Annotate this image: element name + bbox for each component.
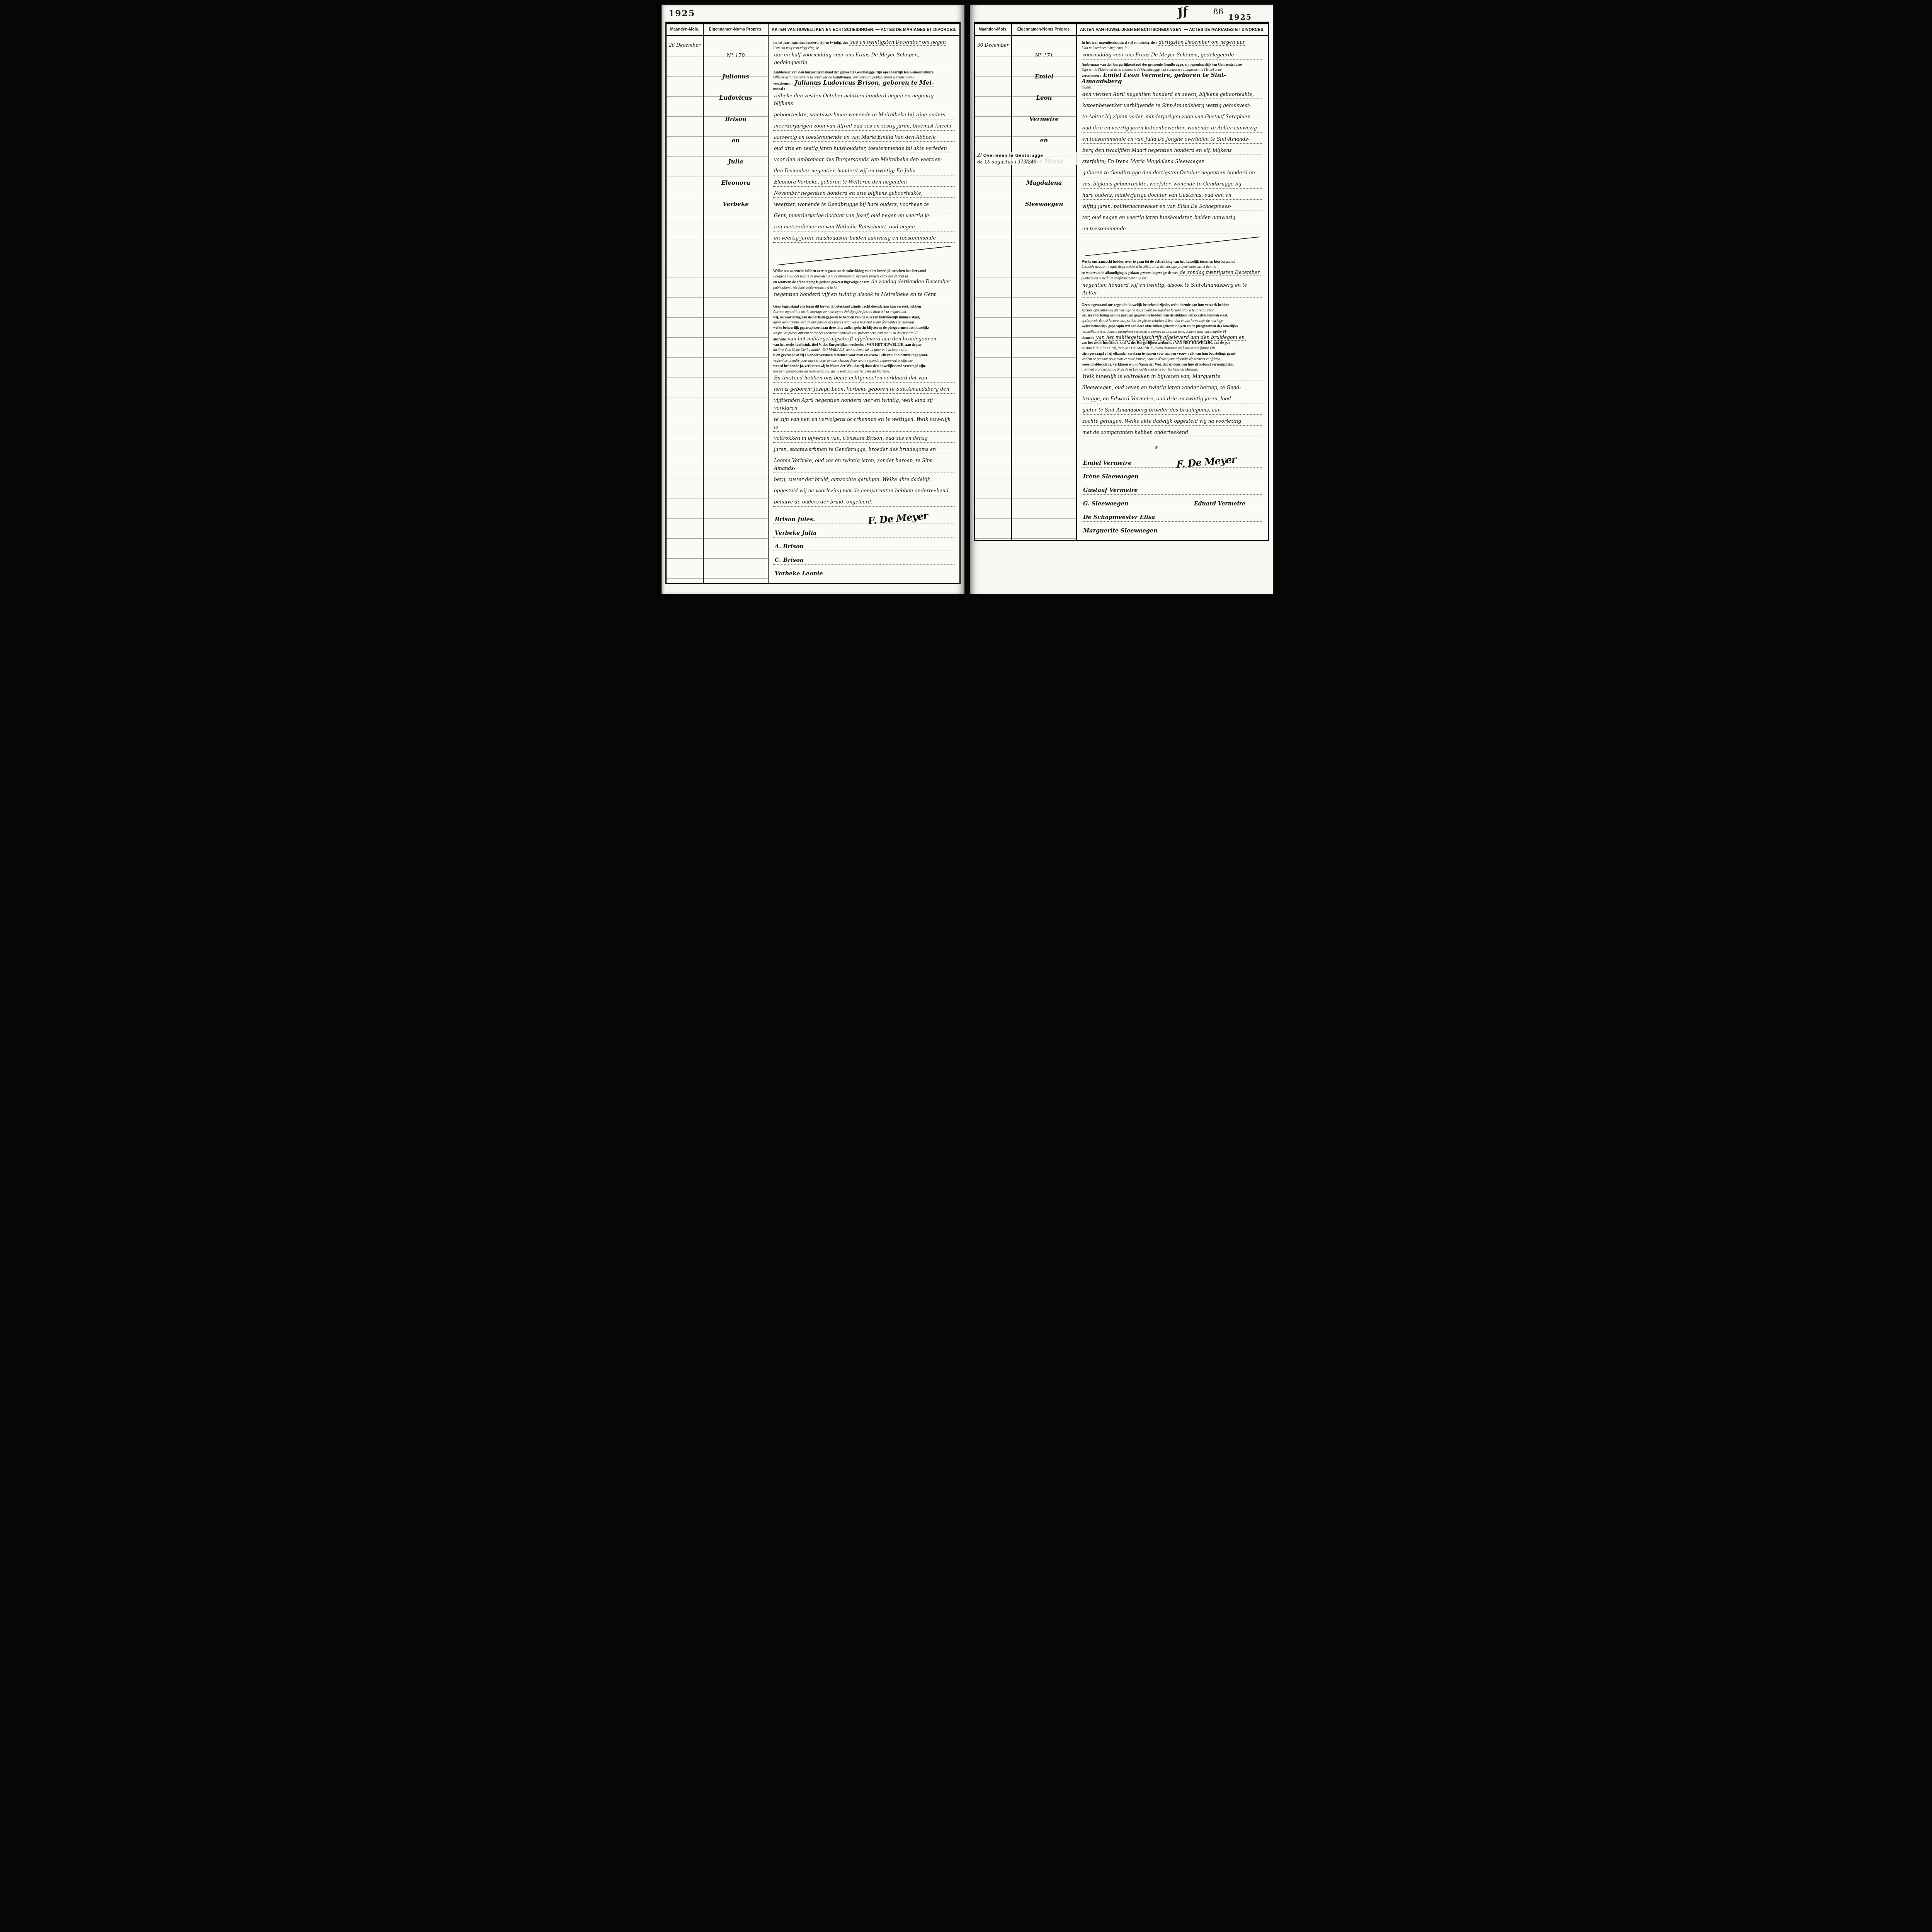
printed-line-dutch: In het jaar negentienhonderd vijf en twi… — [773, 39, 955, 46]
printed-line-dutch: In het jaar negentienhonderd vijf en twi… — [1082, 39, 1263, 46]
handwritten-line: te zijn van hen en vervolgens te erkenne… — [773, 415, 955, 432]
handwritten-line: jaren, staatswerkman te Gendbrugge, broe… — [773, 446, 955, 454]
handwritten-line: uur en half voormiddag voor ons Frans De… — [773, 51, 955, 67]
printed-line-dutch: munal : — [773, 87, 955, 92]
printed-line-dutch: Ambtenaar van den burgerlijkenstand der … — [1082, 62, 1263, 68]
printed-line-dutch: Geen tegenstand ons tegen dit huwelijk b… — [773, 304, 955, 310]
handwritten-insert: van het militiegetuigschrift afgeleverd … — [1095, 334, 1246, 341]
spacer — [1082, 440, 1263, 445]
handwritten-insert: van het militiegetuigschrift afgeleverd … — [787, 336, 938, 342]
entry-name-line: Ludovicus — [705, 81, 767, 102]
entry-name-line: Emiel — [1013, 60, 1075, 81]
handwritten-line: relbeke den zesden October achttien hond… — [773, 92, 955, 108]
handwritten-line: November negentien honderd en drie blijk… — [773, 189, 955, 198]
printed-line-french: Lesquels nous ont requis de procéder à l… — [1082, 264, 1263, 270]
printed-line-dutch: tijen gevraagd of zij elkander verstaan … — [773, 353, 955, 358]
printed-line-dutch: van het zesde hoofdstuk, titel V, des Bu… — [773, 342, 955, 348]
signature: Verbeke Leonie — [773, 570, 823, 578]
death-date-handwritten: augustus 1973/246 — [992, 159, 1036, 165]
entry-date-left: 26 December — [668, 39, 702, 48]
printed-line-dutch: welke behoorlijk geparapheerd aan deze a… — [773, 325, 955, 331]
clerk-paraph: Jf — [1176, 5, 1189, 20]
death-annotation: 2/ Overleden te Gentbrugge de 13 augustu… — [977, 152, 1077, 165]
handwritten-insert: de zondag dertienden December — [870, 279, 951, 285]
printed-line-dutch: alsmede van het militiegetuigschrift afg… — [1082, 335, 1263, 341]
handwritten-line: gieter te Sint-Amandsberg broeder des br… — [1082, 406, 1263, 415]
handwritten-line: hare ouders, minderjarige dochter van Gu… — [1082, 191, 1263, 200]
death-stamp-date-prefix: de 13 — [977, 160, 990, 165]
handwritten-line: geboren te Gendbrugge den dertigsten Oct… — [1082, 169, 1263, 177]
printed-line-french: tivement prononçons au Nom de la Loi, qu… — [1082, 367, 1263, 372]
handwritten-line: hen is geboren: Joseph Leon, Verbeke geb… — [773, 385, 955, 394]
handwritten-line: negentien honderd vijf en twintig alsook… — [773, 291, 955, 299]
signature-row: Emiel VermeireF. De Meyer — [1082, 454, 1263, 468]
signature-row: Verbeke Julia — [773, 524, 955, 537]
page-corner-right: Jf 86 1925 — [974, 6, 1269, 22]
handwritten-line: en veertig jaren, huishoudster beiden aa… — [773, 234, 955, 243]
column-header-month: Maanden-Mois. — [975, 24, 1012, 35]
handwritten-line: met de comparanten hebben onderteekend. — [1082, 429, 1263, 437]
year-label-left: 1925 — [668, 9, 695, 19]
table-body-left: 26 December N° 170JulianusLudovicusBriso… — [667, 36, 959, 583]
printed-line-french: Aucune opposition au dit mariage ne nous… — [1082, 308, 1263, 313]
entry-name-line: en — [705, 124, 767, 145]
names-column-left: N° 170JulianusLudovicusBrisonenJuliaEleo… — [704, 36, 769, 583]
printed-line-dutch: Ambtenaar van den burgerlijkenstand der … — [773, 70, 955, 75]
printed-line-dutch: en waarvan de afkondiging is gedaan gewe… — [1082, 270, 1263, 276]
entry-name-line: Leon — [1013, 81, 1075, 102]
printed-line-french: lesquelles pièces dûment paraphées reste… — [773, 331, 955, 336]
entry-name-line: Julianus — [705, 60, 767, 81]
handwritten-line: sterfakte; En Irena Maria Magdalena Slee… — [1082, 158, 1263, 166]
signatures-left: Brison Jules.F. De MeyerVerbeke JuliaA. … — [773, 510, 955, 578]
page-number: 86 — [1213, 7, 1223, 16]
annotation-reference-mark: 2/ — [977, 153, 982, 158]
act-column-right: In het jaar negentienhonderd vijf en twi… — [1077, 36, 1268, 540]
entry-name-line: Brison — [705, 102, 767, 124]
handwritten-insert: Emiel Leon Vermeire, geboren te Sint-Ama… — [1082, 71, 1226, 85]
printed-line-french: après avoir donné lecture aux parties de… — [773, 320, 955, 325]
table-header-right: Maanden-Mois. Eigennamen-Noms Propres. A… — [975, 24, 1268, 36]
column-header-names: Eigennamen-Noms Propres. — [1012, 24, 1077, 35]
handwritten-line: voor den Ambtenaar des Burgerstands van … — [773, 156, 955, 164]
printed-line-french: tivement prononçons au Nom de la Loi, qu… — [773, 369, 955, 374]
handwritten-line: opgesteld wij na voorlezing met de compa… — [773, 487, 955, 495]
page-corner-left: 1925 — [665, 6, 961, 22]
handwritten-line: Welk huwelijk is voltrokken in bijwezen … — [1082, 372, 1263, 381]
entry-date-right: 30 December — [976, 39, 1010, 48]
handwritten-line: En terstond hebben ons beide echtgenoote… — [773, 374, 955, 383]
act-column-left: In het jaar negentienhonderd vijf en twi… — [769, 36, 959, 583]
handwritten-line: geboorteakte, staatswerkman wonende te M… — [773, 111, 955, 119]
names-column-right: N° 171EmielLeonVermeireenIrena MariaMagd… — [1012, 36, 1077, 540]
printed-line-dutch: Welke ons aanzocht hebben over te gaan t… — [773, 269, 955, 274]
handwritten-line: brugge, en Edward Vermeire, oud drie en … — [1082, 395, 1263, 403]
handwritten-line: katoenbewerker verblijvende te Sint-Aman… — [1082, 102, 1263, 110]
signature-row: Gustaaf Vermeire — [1082, 481, 1263, 495]
printed-line-dutch: van het zesde hoofdstuk, titel V, des Bu… — [1082, 340, 1263, 346]
printed-line-french: lesquelles pièces dûment paraphées reste… — [1082, 329, 1263, 335]
handwritten-line: den vierden April negentien honderd en z… — [1082, 90, 1263, 99]
printed-line-french: publication à été faite conformément à l… — [773, 285, 955, 291]
void-strike-line — [1082, 236, 1263, 256]
printed-line-french: après avoir donné lecture aux parties de… — [1082, 318, 1263, 324]
death-stamp-text: Overleden te Gentbrugge — [983, 153, 1043, 158]
table-header-left: Maanden-Mois. Eigennamen-Noms Propres. A… — [667, 24, 959, 36]
signature-row: Verbeke Leonie — [773, 565, 955, 578]
year-label-right: 1925 — [1228, 13, 1252, 22]
signature: Emiel Vermeire — [1082, 460, 1131, 467]
handwritten-line: oud drie en veertig jaren katoenbewerker… — [1082, 124, 1263, 133]
printed-line-dutch: welke behoorlijk geparapheerd aan deze a… — [1082, 324, 1263, 329]
printed-line-dutch: wij, na voorlezing aan de partijen gegev… — [1082, 313, 1263, 318]
signature-row: Brison Jules.F. De Meyer — [773, 510, 955, 524]
signature-row: A. Brison — [773, 537, 955, 551]
handwritten-line: Gent, meerderjarige dochter van Jozef, o… — [773, 212, 955, 220]
column-header-acts: AKTEN VAN HUWELIJKEN EN ECHTSCHEIDINGEN.… — [769, 24, 959, 35]
signature: C. Brison — [773, 557, 804, 564]
signature: De Schapmeester Elisa — [1082, 514, 1155, 521]
handwritten-line: zochte getuigen. Welke akte dadelijk opg… — [1082, 417, 1263, 426]
handwritten-line: Eleonora Verbeke, geboren te Welteren de… — [773, 178, 955, 187]
printed-line-dutch: Welke ons aanzocht hebben over te gaan t… — [1082, 259, 1263, 265]
printed-line-french: du titre V du Code Civil, intitulé : DU … — [1082, 346, 1263, 351]
printed-line-dutch: tijen gevraagd of zij elkander verstaan … — [1082, 351, 1263, 357]
handwritten-line: en toestemmende — [1082, 225, 1263, 233]
signature: Irène Sleewaegen — [1082, 473, 1139, 481]
printed-line-french: Lesquels nous ont requis de procéder à l… — [773, 274, 955, 279]
signature-row: C. Brison — [773, 551, 955, 565]
handwritten-line: te Aelter bij zijnen vader, minderjarige… — [1082, 113, 1263, 121]
page-left: 1925 Maanden-Mois. Eigennamen-Noms Propr… — [657, 5, 964, 594]
handwritten-line: berg, zuster der bruid, aanzochte getuig… — [773, 476, 955, 484]
printed-line-dutch: munal : — [1082, 85, 1263, 90]
entry-name-line: N° 170 — [705, 39, 767, 60]
entry-name-line: Eleonora — [705, 166, 767, 187]
entry-name-line: Sleewaegen — [1013, 187, 1075, 209]
handwritten-line: ter, oud negen en veertig jaren huishoud… — [1082, 214, 1263, 222]
printed-line-dutch: verschenen : Julianus Ludovicus Brison, … — [773, 80, 955, 87]
handwritten-line: voormiddag voor ons Frans De Meyer Schep… — [1082, 51, 1263, 60]
printed-line-french: du titre V du Code Civil, intitulé : DU … — [773, 347, 955, 353]
signature: Eduard Vermeire — [1194, 501, 1263, 508]
signature-row: Irène Sleewaegen — [1082, 468, 1263, 481]
month-column-left: 26 December — [667, 36, 704, 583]
page-right: Jf 86 1925 Maanden-Mois. Eigennamen-Noms… — [970, 5, 1275, 594]
handwritten-line: berg den twaalfden Maart negentien honde… — [1082, 146, 1263, 155]
handwritten-insert: zes en twintigsten December om negen — [849, 39, 947, 46]
printed-line-french: publication à été faite conformément à l… — [1082, 276, 1263, 281]
entry-name-line: Magdalena — [1013, 166, 1075, 187]
printed-line-dutch: verschenen : Emiel Leon Vermeire, gebore… — [1082, 73, 1263, 85]
printed-line-french: Aucune opposition au dit mariage ne nous… — [773, 310, 955, 315]
printed-line-french: veulent se prendre pour mari et pour fem… — [1082, 357, 1263, 362]
signature-row: G. SleewaegenEduard Vermeire — [1082, 495, 1263, 508]
act-text-right: In het jaar negentienhonderd vijf en twi… — [1082, 39, 1263, 450]
handwritten-line: zes, blijkens geboorteakte, weefster, wo… — [1082, 180, 1263, 189]
handwritten-line: voltrokken in bijwezen van, Constant Bri… — [773, 434, 955, 443]
handwritten-line: den December negentien honderd vijf en t… — [773, 167, 955, 175]
handwritten-line: ren metserdiener en van Nathalia Raescha… — [773, 223, 955, 231]
column-header-names: Eigennamen-Noms Propres. — [704, 24, 769, 35]
entry-name-line: Vermeire — [1013, 102, 1075, 124]
handwritten-insert: dertigsten December om negen uur — [1158, 39, 1246, 46]
signature-row: Marguerite Sleewaegen — [1082, 522, 1263, 535]
handwritten-line: vijftig jaren, politienachtwaker en van … — [1082, 202, 1263, 211]
handwritten-line: Sleewaegen, oud zeven en twintig jaren z… — [1082, 384, 1263, 392]
signature: A. Brison — [773, 543, 804, 551]
void-strike-line — [773, 245, 955, 265]
signature-row: De Schapmeester Elisa — [1082, 508, 1263, 522]
printed-line-dutch: alsmede van het militiegetuigschrift afg… — [773, 336, 955, 342]
entry-name-line: Julia — [705, 145, 767, 166]
handwritten-line: weefster, wonende te Gendbrugge bij hare… — [773, 201, 955, 209]
column-header-acts: AKTEN VAN HUWELIJKEN EN ECHTSCHEIDINGEN.… — [1077, 24, 1268, 35]
printed-line-french: veulent se prendre pour mari et pour fem… — [773, 358, 955, 364]
signature: Brison Jules. — [773, 516, 815, 524]
printed-line-dutch: wij, na voorlezing aan de partijen gegev… — [773, 315, 955, 320]
printed-line-french: L'an mil neuf cent vingt cinq, le — [773, 46, 955, 51]
signatures-right: Emiel VermeireF. De MeyerIrène Sleewaege… — [1082, 454, 1263, 535]
column-header-month: Maanden-Mois. — [667, 24, 704, 35]
handwritten-insert: Julianus Ludovicus Brison, geboren te Me… — [794, 79, 935, 87]
handwritten-line: Leonie Verbeke, oud zes en twintig jaren… — [773, 457, 955, 473]
table-body-right: 30 December N° 171EmielLeonVermeireenIre… — [975, 36, 1268, 540]
handwritten-line: en toestemmende en van Julia De Jonghe o… — [1082, 135, 1263, 144]
spacer — [1082, 256, 1263, 259]
printed-line-dutch: Geen tegenstand ons tegen dit huwelijk b… — [1082, 303, 1263, 308]
handwritten-insert: de zondag twintigsten December — [1179, 269, 1261, 276]
entry-name-line: N° 171 — [1013, 39, 1075, 60]
printed-line-french: L'an mil neuf cent vingt cinq, le — [1082, 46, 1263, 51]
marriage-register-spread: 1925 Maanden-Mois. Eigennamen-Noms Propr… — [657, 5, 1275, 594]
act-text-left: In het jaar negentienhonderd vijf en twi… — [773, 39, 955, 507]
handwritten-line: negentien honderd vijf en twintig, alsoo… — [1082, 281, 1263, 298]
printed-line-dutch: woord hebbende ja, verklaren wij in Naam… — [773, 364, 955, 369]
register-sheet-left: Maanden-Mois. Eigennamen-Noms Propres. A… — [665, 22, 961, 584]
handwritten-line: vijftienden April negentien honderd vier… — [773, 396, 955, 413]
register-sheet-right: Maanden-Mois. Eigennamen-Noms Propres. A… — [974, 22, 1269, 541]
handwritten-line: aanwezig en toestemmende en van Maria Em… — [773, 133, 955, 142]
month-column-right: 30 December — [975, 36, 1012, 540]
signature: Marguerite Sleewaegen — [1082, 527, 1158, 535]
handwritten-line: oud drie en zestig jaren huishoudster, t… — [773, 145, 955, 153]
signature: Verbeke Julia — [773, 530, 816, 537]
handwritten-line: meerderjarigen zoon van Alfred oud zes e… — [773, 122, 955, 131]
pen-mark: # — [1155, 445, 1161, 451]
entry-name-line: en — [1013, 124, 1075, 145]
handwritten-line: behalve de ouders der bruid, ongeleerd. — [773, 498, 955, 507]
entry-name-line: Verbeke — [705, 187, 767, 209]
printed-line-dutch: en waarvan de afkondiging is gedaan gewe… — [773, 279, 955, 285]
signature: G. Sleewaegen — [1082, 500, 1128, 508]
signature: Gustaaf Vermeire — [1082, 487, 1138, 494]
spacer — [773, 265, 955, 269]
printed-line-dutch: woord hebbende ja, verklaren wij in Naam… — [1082, 362, 1263, 367]
